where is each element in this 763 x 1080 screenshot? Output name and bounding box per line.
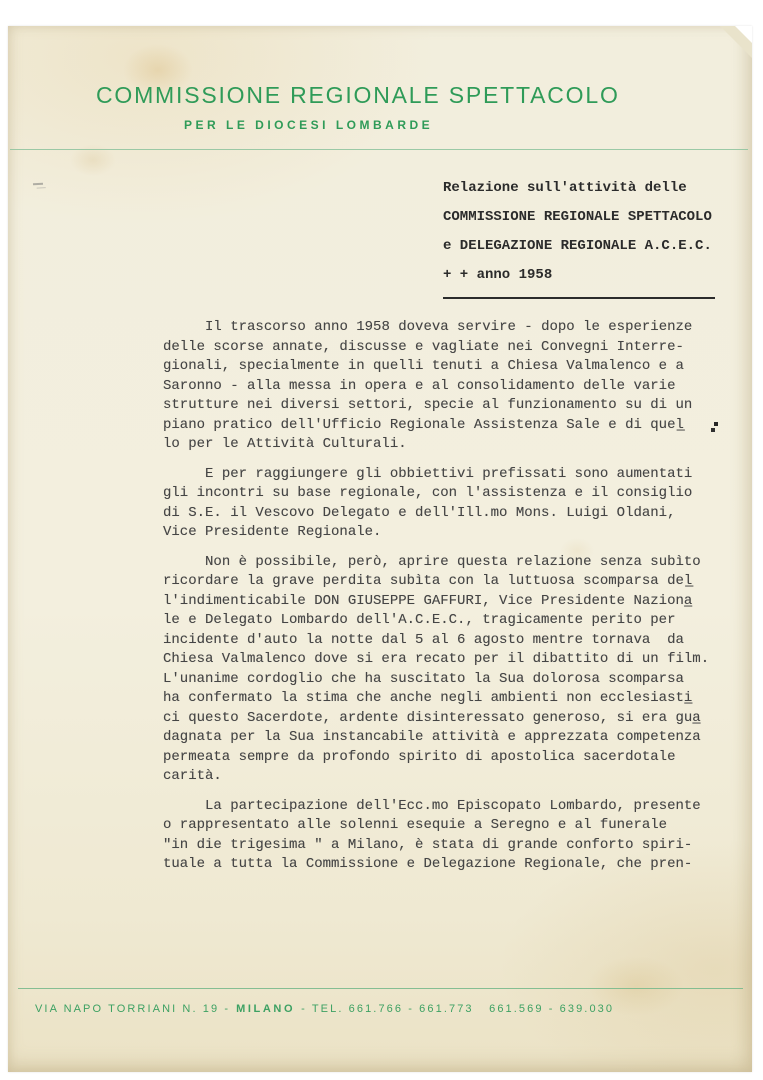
pencil-smudge xyxy=(33,183,43,186)
document-body: Il trascorso anno 1958 doveva servire - … xyxy=(163,318,715,885)
scanned-document-page: COMMISSIONE REGIONALE SPETTACOLO PER LE … xyxy=(8,26,752,1072)
paragraph-2: E per raggiungere gli obbiettivi prefiss… xyxy=(163,465,715,543)
letterhead-subtitle: PER LE DIOCESI LOMBARDE xyxy=(184,118,433,132)
paragraph-3: Non è possibile, però, aprire questa rel… xyxy=(163,553,715,787)
paragraph-1: Il trascorso anno 1958 doveva servire - … xyxy=(163,318,715,455)
paragraph-4: La partecipazione dell'Ecc.mo Episcopato… xyxy=(163,797,715,875)
letterhead-divider xyxy=(10,149,748,150)
footer-street: VIA NAPO TORRIANI N. 19 - xyxy=(35,1003,230,1015)
subject-line-1: Relazione sull'attività delle xyxy=(443,174,715,203)
footer-city: MILANO xyxy=(236,1003,295,1015)
subject-line-2: COMMISSIONE REGIONALE SPETTACOLO xyxy=(443,203,715,232)
subject-block: Relazione sull'attività delle COMMISSION… xyxy=(443,174,715,299)
letterhead-title: COMMISSIONE REGIONALE SPETTACOLO xyxy=(96,82,620,109)
subject-underline xyxy=(443,297,715,299)
footer-divider xyxy=(18,988,743,989)
folded-corner-notch xyxy=(735,26,752,43)
subject-line-4: + + anno 1958 xyxy=(443,261,715,290)
subject-line-3: e DELEGAZIONE REGIONALE A.C.E.C. xyxy=(443,232,715,261)
footer-address: VIA NAPO TORRIANI N. 19 -MILANO- TEL. 66… xyxy=(35,1003,614,1015)
footer-phones: - TEL. 661.766 - 661.773 661.569 - 639.0… xyxy=(301,1003,614,1015)
